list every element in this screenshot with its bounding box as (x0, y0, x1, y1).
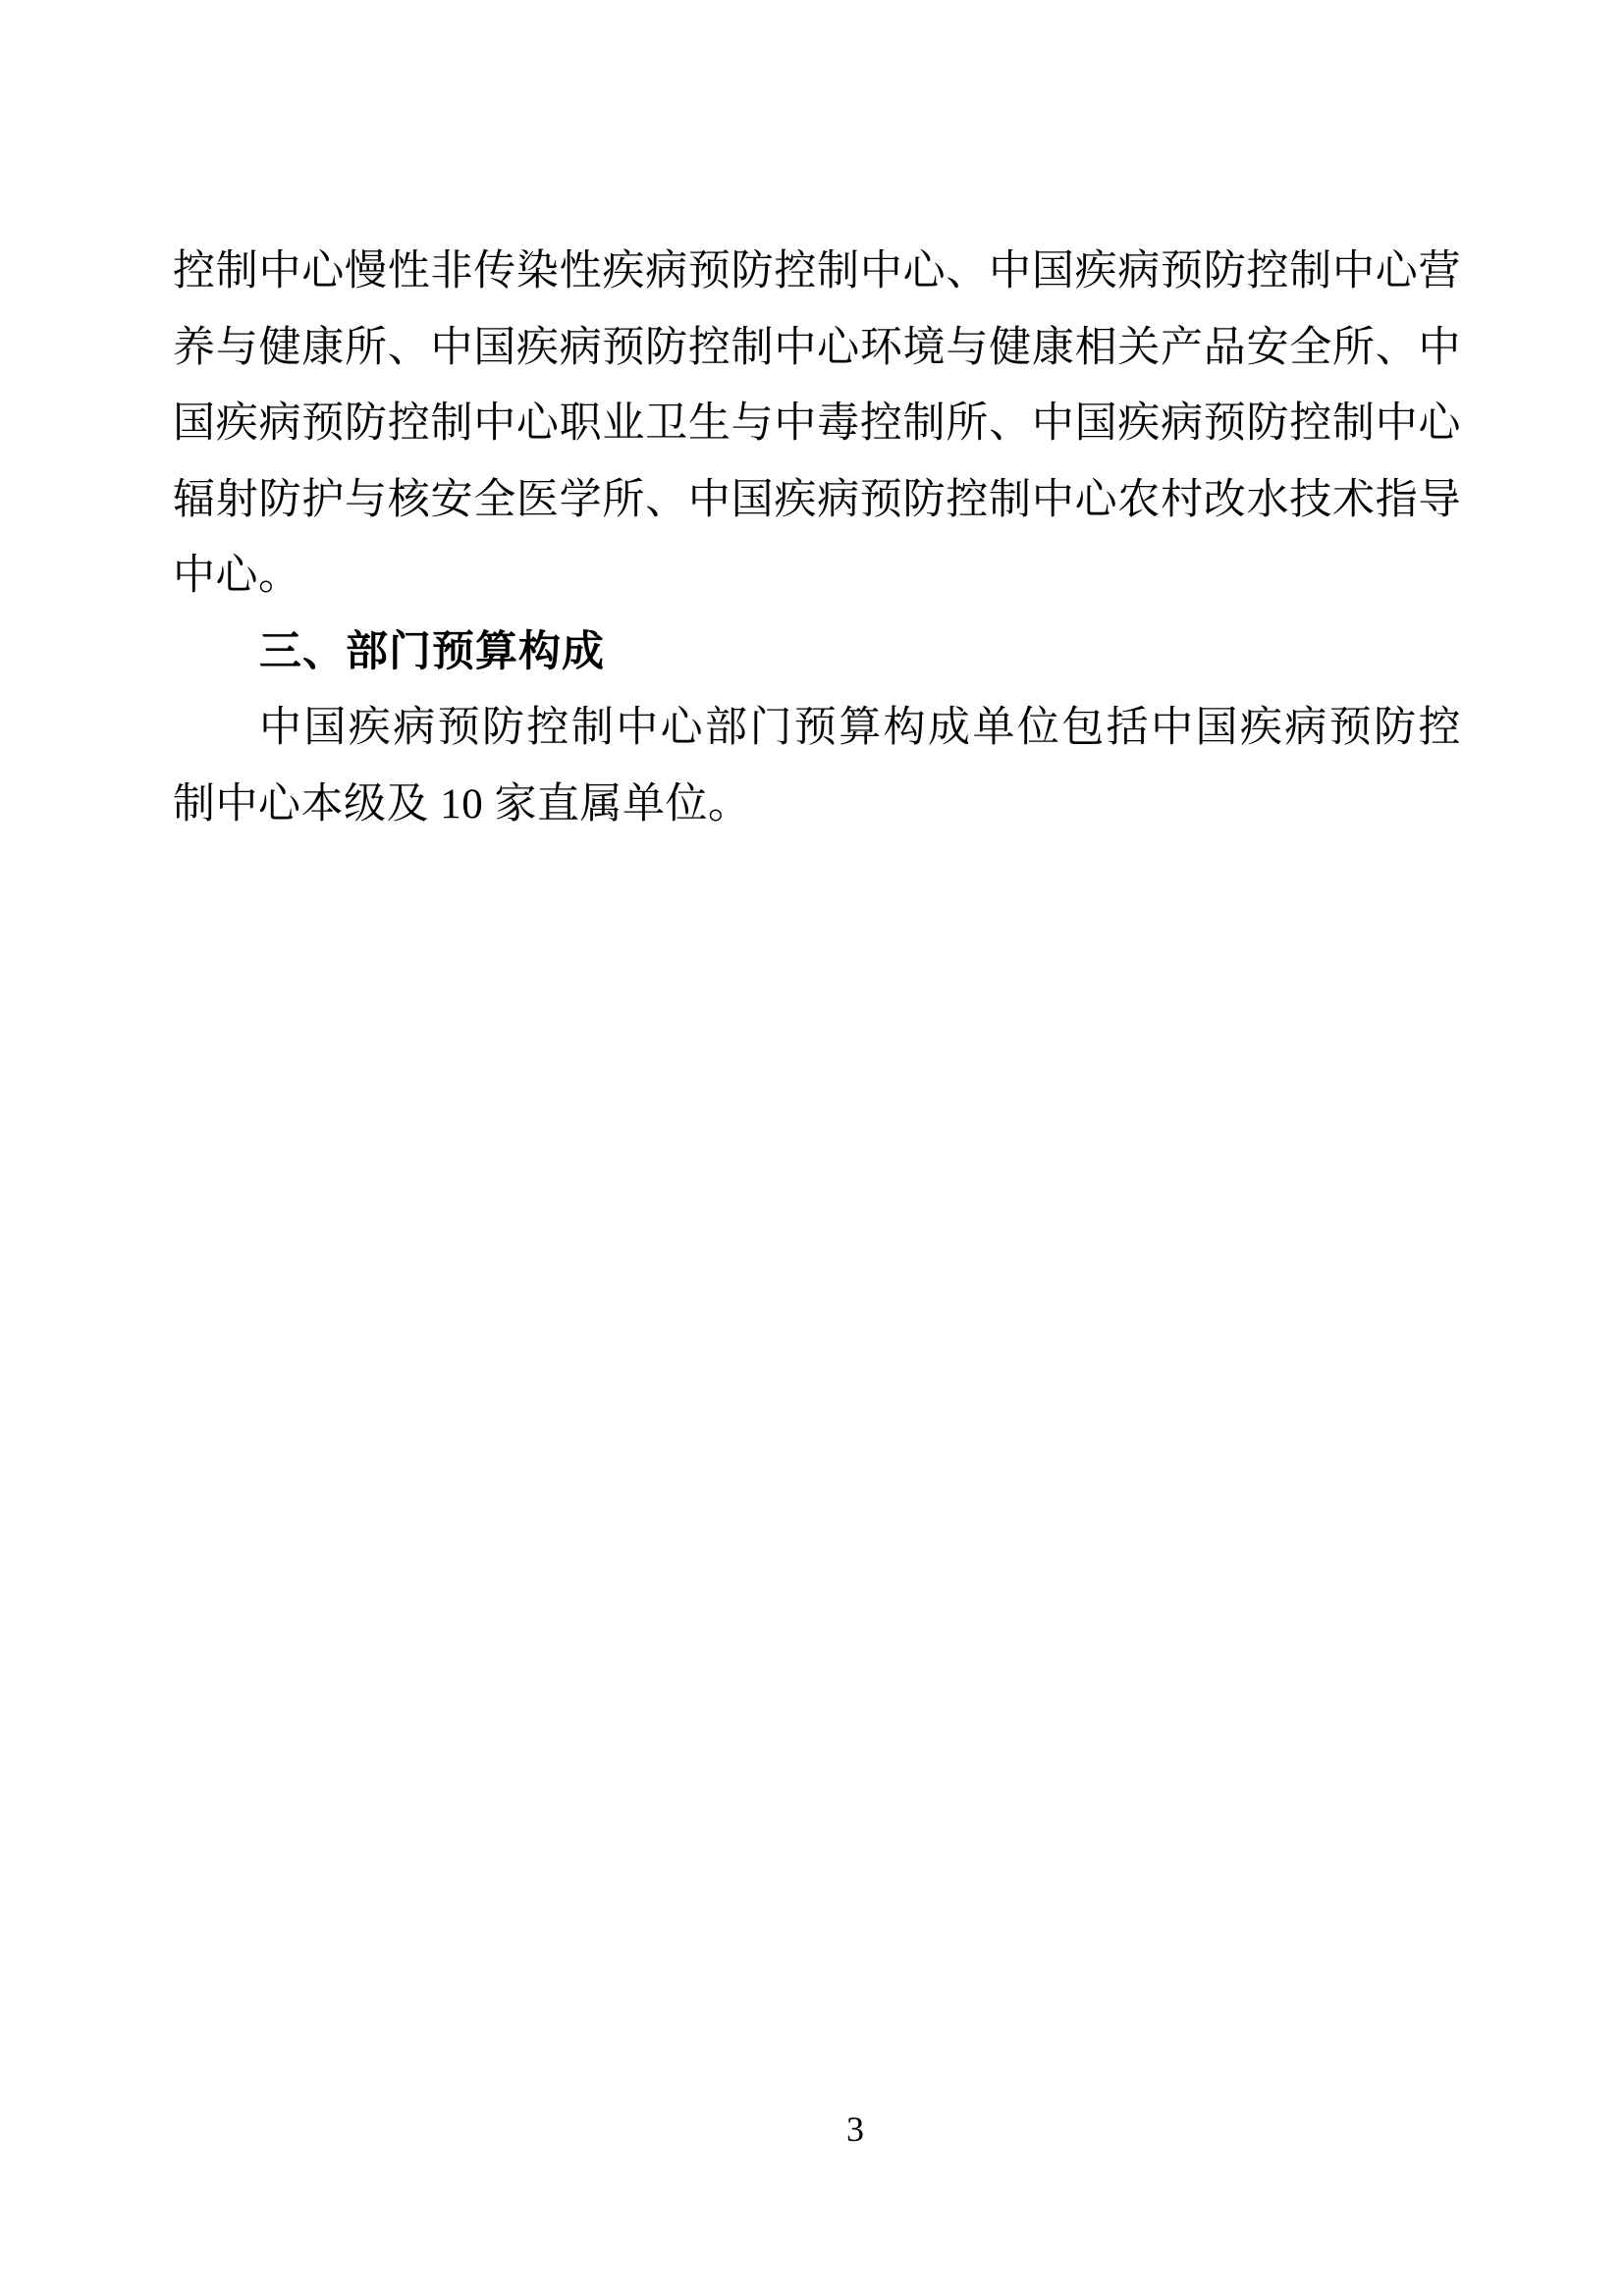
paragraph1-line-4: 辐射防护与核安全医学所、中国疾病预防控制中心农村改水技术指导 (173, 462, 1461, 539)
paragraph2-line-1: 中国疾病预防控制中心部门预算构成单位包括中国疾病预防控 (173, 690, 1461, 767)
paragraph1-line-1: 控制中心慢性非传染性疾病预防控制中心、中国疾病预防控制中心营 (173, 234, 1461, 310)
document-body: 控制中心慢性非传染性疾病预防控制中心、中国疾病预防控制中心营 养与健康所、中国疾… (173, 234, 1461, 842)
paragraph1-line-2: 养与健康所、中国疾病预防控制中心环境与健康相关产品安全所、中 (173, 310, 1461, 387)
paragraph2-line-2: 制中心本级及 10 家直属单位。 (173, 767, 1461, 843)
page-number: 3 (846, 2109, 864, 2150)
section-heading: 三、部门预算构成 (173, 614, 1461, 691)
paragraph1-line-3: 国疾病预防控制中心职业卫生与中毒控制所、中国疾病预防控制中心 (173, 386, 1461, 462)
paragraph1-line-5: 中心。 (173, 538, 1461, 614)
document-page: 控制中心慢性非传染性疾病预防控制中心、中国疾病预防控制中心营 养与健康所、中国疾… (0, 0, 1624, 2296)
